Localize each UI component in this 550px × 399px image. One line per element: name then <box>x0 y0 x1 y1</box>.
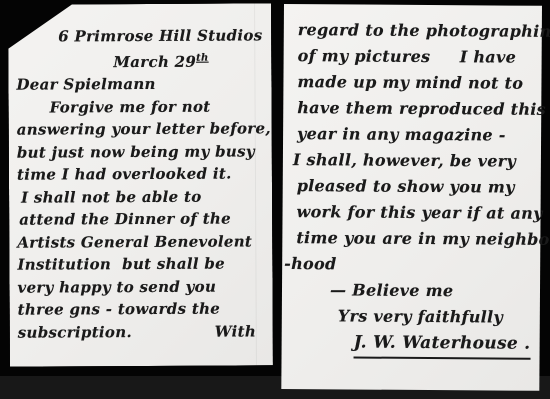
letter-line: answering your letter before, <box>17 117 272 141</box>
letter-line: Artists General Benevolent <box>17 230 272 254</box>
letter-line: year in any magazine - <box>297 121 541 149</box>
letter-line: three gns - towards the <box>18 297 273 321</box>
letter-page-left: 6 Primrose Hill Studios March 29th Dear … <box>8 3 273 366</box>
letter-line: made up my mind not to <box>297 69 541 97</box>
date-text: March 29 <box>113 52 196 70</box>
letter-line: pleased to show you my <box>297 173 541 201</box>
date-superscript: th <box>196 52 209 63</box>
valediction-line: Yrs very faithfully <box>338 303 540 330</box>
letter-line: -hood <box>284 251 540 279</box>
letter-line: time you are in my neighbour- <box>296 225 540 253</box>
letter-line: but just now being my busy <box>17 140 272 164</box>
salutation-line: Dear Spielmann <box>16 72 271 96</box>
letter-line: attend the Dinner of the <box>19 207 272 231</box>
address-line: 6 Primrose Hill Studios <box>58 24 271 48</box>
letter-line: time I had overlooked it. <box>17 162 272 186</box>
letter-page-right: regard to the photographing of my pictur… <box>281 4 542 391</box>
letter-line: I shall not be able to <box>21 185 272 209</box>
letter-line: work for this year if at any <box>296 199 540 227</box>
letter-line: Forgive me for not <box>50 95 272 119</box>
letter-line: have them reproduced this <box>297 95 541 123</box>
letter-line: subscription. With <box>18 320 273 344</box>
letter-line: regard to the photographing <box>298 17 542 45</box>
signature-line: J. W. Waterhouse . <box>354 329 540 359</box>
letter-scan-photo: 6 Primrose Hill Studios March 29th Dear … <box>0 0 550 399</box>
signature-text: J. W. Waterhouse . <box>354 329 531 359</box>
letter-line: I shall, however, be very <box>293 147 541 175</box>
date-line: March 29th <box>113 47 271 73</box>
valediction-line: — Believe me <box>330 277 540 304</box>
letter-line: Institution but shall be <box>17 252 272 276</box>
letter-line: of my pictures I have <box>298 43 542 71</box>
letter-line: very happy to send you <box>17 275 272 299</box>
